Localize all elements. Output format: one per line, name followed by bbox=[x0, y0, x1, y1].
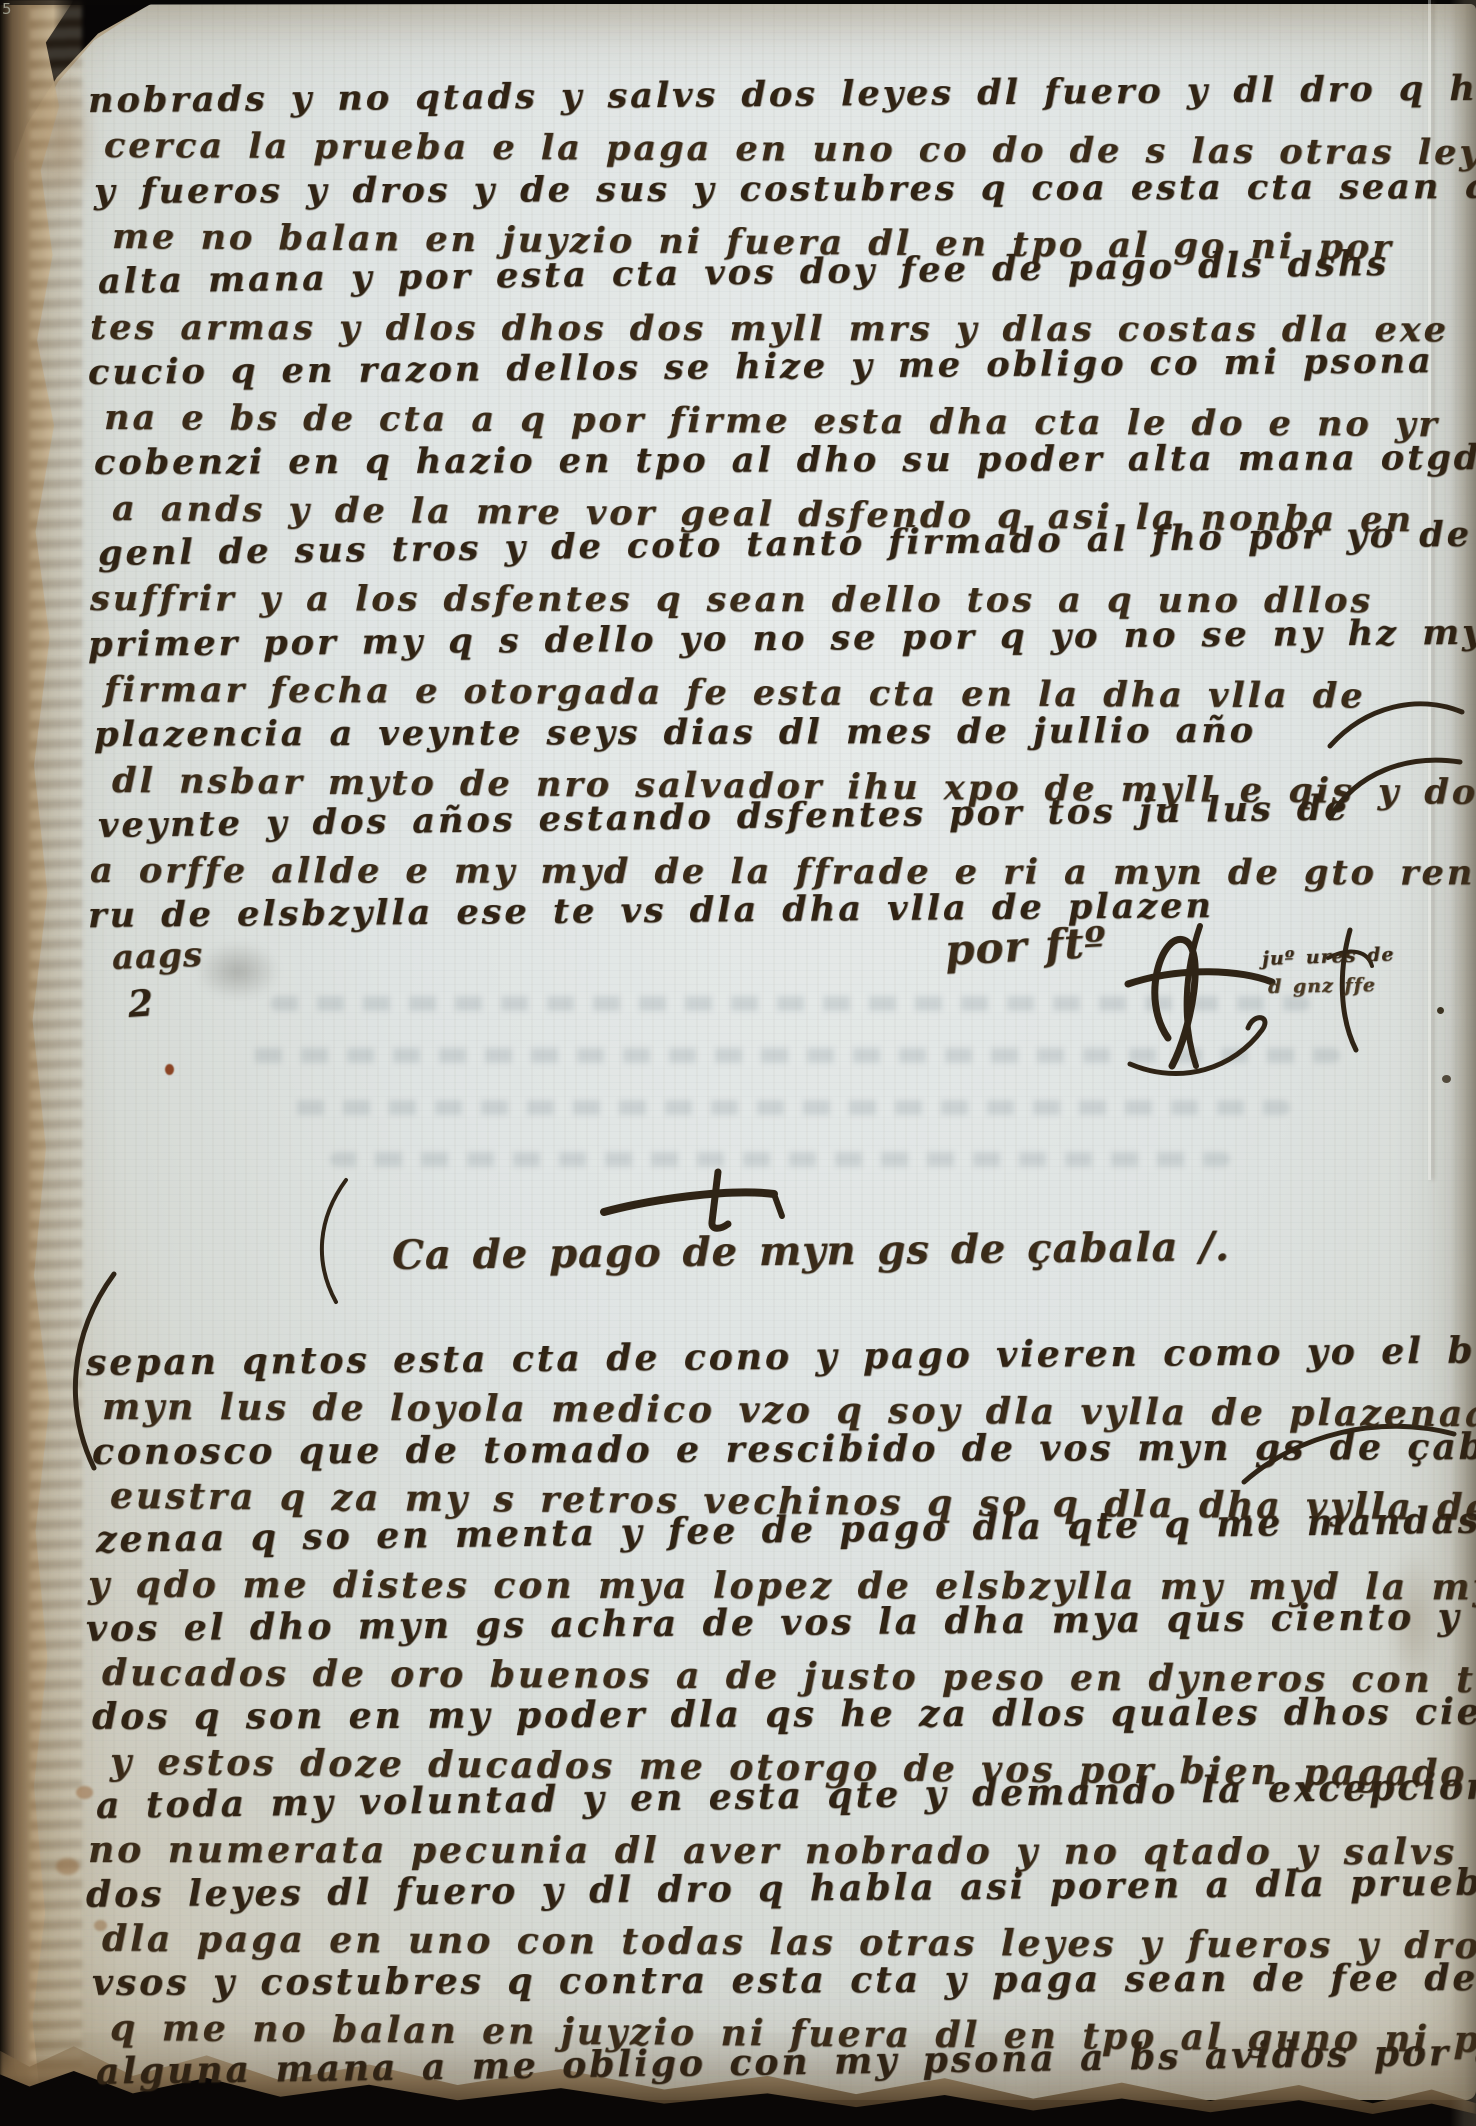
manuscript-scan: 5 nobrads y no qtads y salvs dos leyes d… bbox=[0, 0, 1476, 2126]
ink-speck bbox=[1437, 1007, 1444, 1014]
block2-line: vsos y costubres q contra esta cta y pag… bbox=[92, 1957, 1476, 2004]
deckle-texture-left bbox=[30, 0, 82, 2126]
corner-mark: 5 bbox=[2, 0, 12, 18]
block1-line: y fueros y dros y de sus y costubres q c… bbox=[94, 166, 1476, 212]
por-testimonio-mark: por ftº bbox=[944, 918, 1108, 975]
heading-paragraph-mark bbox=[312, 1178, 354, 1306]
rust-speck bbox=[76, 1786, 93, 1799]
signature-name-line-2: d gnz ffe bbox=[1268, 974, 1376, 998]
signature-name-line-1: juº ures de bbox=[1262, 943, 1395, 970]
block1-line: plazencia a veynte seys dias dl mes de j… bbox=[94, 710, 1256, 755]
showthrough-text bbox=[330, 1152, 1230, 1167]
margin-flourish bbox=[1326, 748, 1470, 828]
block1-tail-mark: 2 bbox=[127, 982, 156, 1026]
ink-speck bbox=[1442, 1075, 1451, 1083]
paper-stain bbox=[196, 942, 280, 1000]
showthrough-text bbox=[290, 1100, 1290, 1115]
rust-speck bbox=[165, 1064, 174, 1075]
cross-mark-icon bbox=[598, 1170, 798, 1234]
block1-tail-word: aags bbox=[111, 935, 203, 978]
rust-speck bbox=[56, 1858, 79, 1875]
block2-line: dos q son en my poder dla qs he za dlos … bbox=[92, 1691, 1476, 1738]
block1-line: cobenzi en q hazio en tpo al dho su pode… bbox=[94, 437, 1476, 483]
block1-line: a orffe allde e my myd de la ffrade e ri… bbox=[90, 850, 1475, 893]
notary-rubric-flourish bbox=[1122, 918, 1372, 1078]
block2-line: conosco que de tomado e rescibido de vos… bbox=[92, 1425, 1476, 1473]
document-heading: Ca de pago de myn gs de çabala /. bbox=[392, 1223, 1230, 1279]
top-edge-shadow bbox=[0, 0, 560, 5]
